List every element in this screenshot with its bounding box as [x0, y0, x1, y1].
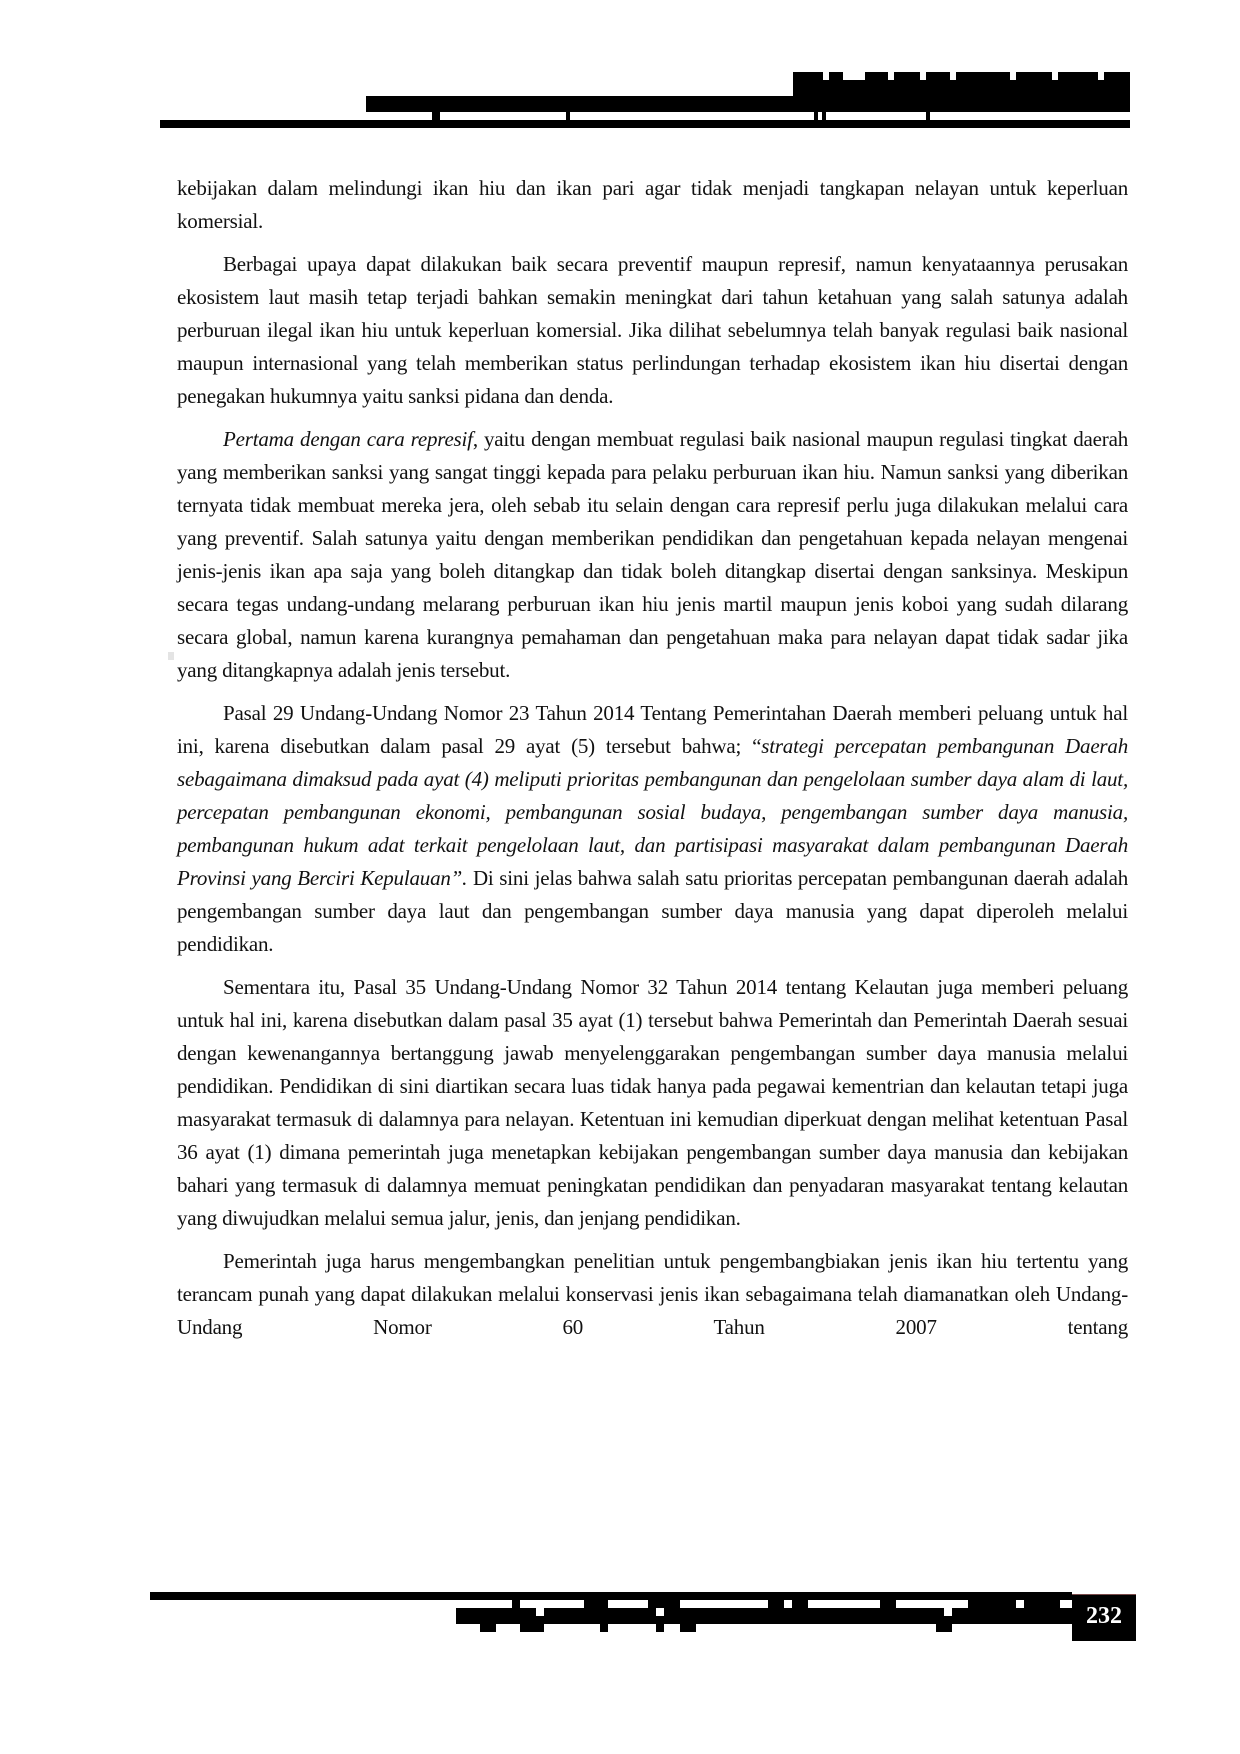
header-notch: [920, 72, 926, 80]
footer-notch: [944, 1608, 952, 1616]
page-number: 232: [1072, 1603, 1136, 1630]
paragraph: Sementara itu, Pasal 35 Undang-Undang No…: [177, 971, 1128, 1235]
header-tab: [926, 112, 930, 120]
footer-tab-gap: [784, 1600, 792, 1608]
header-notch: [888, 72, 894, 80]
paragraph: kebijakan dalam melindungi ikan hiu dan …: [177, 172, 1128, 238]
header-notch: [843, 72, 865, 80]
footer-notch: [536, 1608, 544, 1616]
footer-tab-gap: [680, 1600, 768, 1608]
header-notch: [1098, 72, 1104, 80]
paragraph: Berbagai upaya dapat dilakukan baik seca…: [177, 248, 1128, 413]
header-tab: [566, 112, 570, 120]
header-thin-rule: [160, 120, 1130, 128]
footer-tab-gap: [608, 1600, 648, 1608]
footer-tab: [480, 1624, 496, 1632]
footer-tab-gap: [440, 1600, 512, 1608]
paragraph: Pertama dengan cara represif, yaitu deng…: [177, 423, 1128, 687]
header-notch: [1052, 72, 1058, 80]
text-run: , yaitu dengan membuat regulasi baik nas…: [177, 427, 1128, 682]
text-run: Pemerintah juga harus mengembangkan pene…: [177, 1249, 1128, 1339]
footer-tab: [936, 1624, 952, 1632]
footer-thin-rule: [150, 1592, 1072, 1600]
footer-tab: [600, 1624, 608, 1632]
footer-tab-gap: [1060, 1600, 1072, 1608]
footer-tab-gap: [808, 1600, 880, 1608]
header-notch: [823, 72, 829, 80]
footer-tab-gap: [1016, 1600, 1024, 1608]
footer-thick-bar: [456, 1608, 1072, 1624]
text-run: Sementara itu, Pasal 35 Undang-Undang No…: [177, 975, 1128, 1230]
italic-text-run: Pertama dengan cara represif: [223, 427, 473, 451]
footer-tab: [680, 1624, 696, 1632]
page-number-box: 232: [1072, 1594, 1136, 1641]
header-tab: [822, 112, 826, 120]
header-notch: [950, 72, 956, 80]
footer-tab-gap: [520, 1600, 584, 1608]
header-notch: [1010, 72, 1016, 80]
text-run: kebijakan dalam melindungi ikan hiu dan …: [177, 176, 1128, 233]
footer-tab-gap: [896, 1600, 968, 1608]
document-body: kebijakan dalam melindungi ikan hiu dan …: [177, 172, 1128, 1354]
footer-tab: [656, 1624, 664, 1632]
text-run: Berbagai upaya dapat dilakukan baik seca…: [177, 252, 1128, 408]
footer-notch: [656, 1608, 664, 1616]
scan-artifact: [168, 652, 174, 660]
footer-tab: [520, 1624, 544, 1632]
paragraph: Pasal 29 Undang-Undang Nomor 23 Tahun 20…: [177, 697, 1128, 961]
paragraph: Pemerintah juga harus mengembangkan pene…: [177, 1245, 1128, 1344]
header-tab: [432, 112, 440, 120]
header-tab: [814, 112, 818, 120]
